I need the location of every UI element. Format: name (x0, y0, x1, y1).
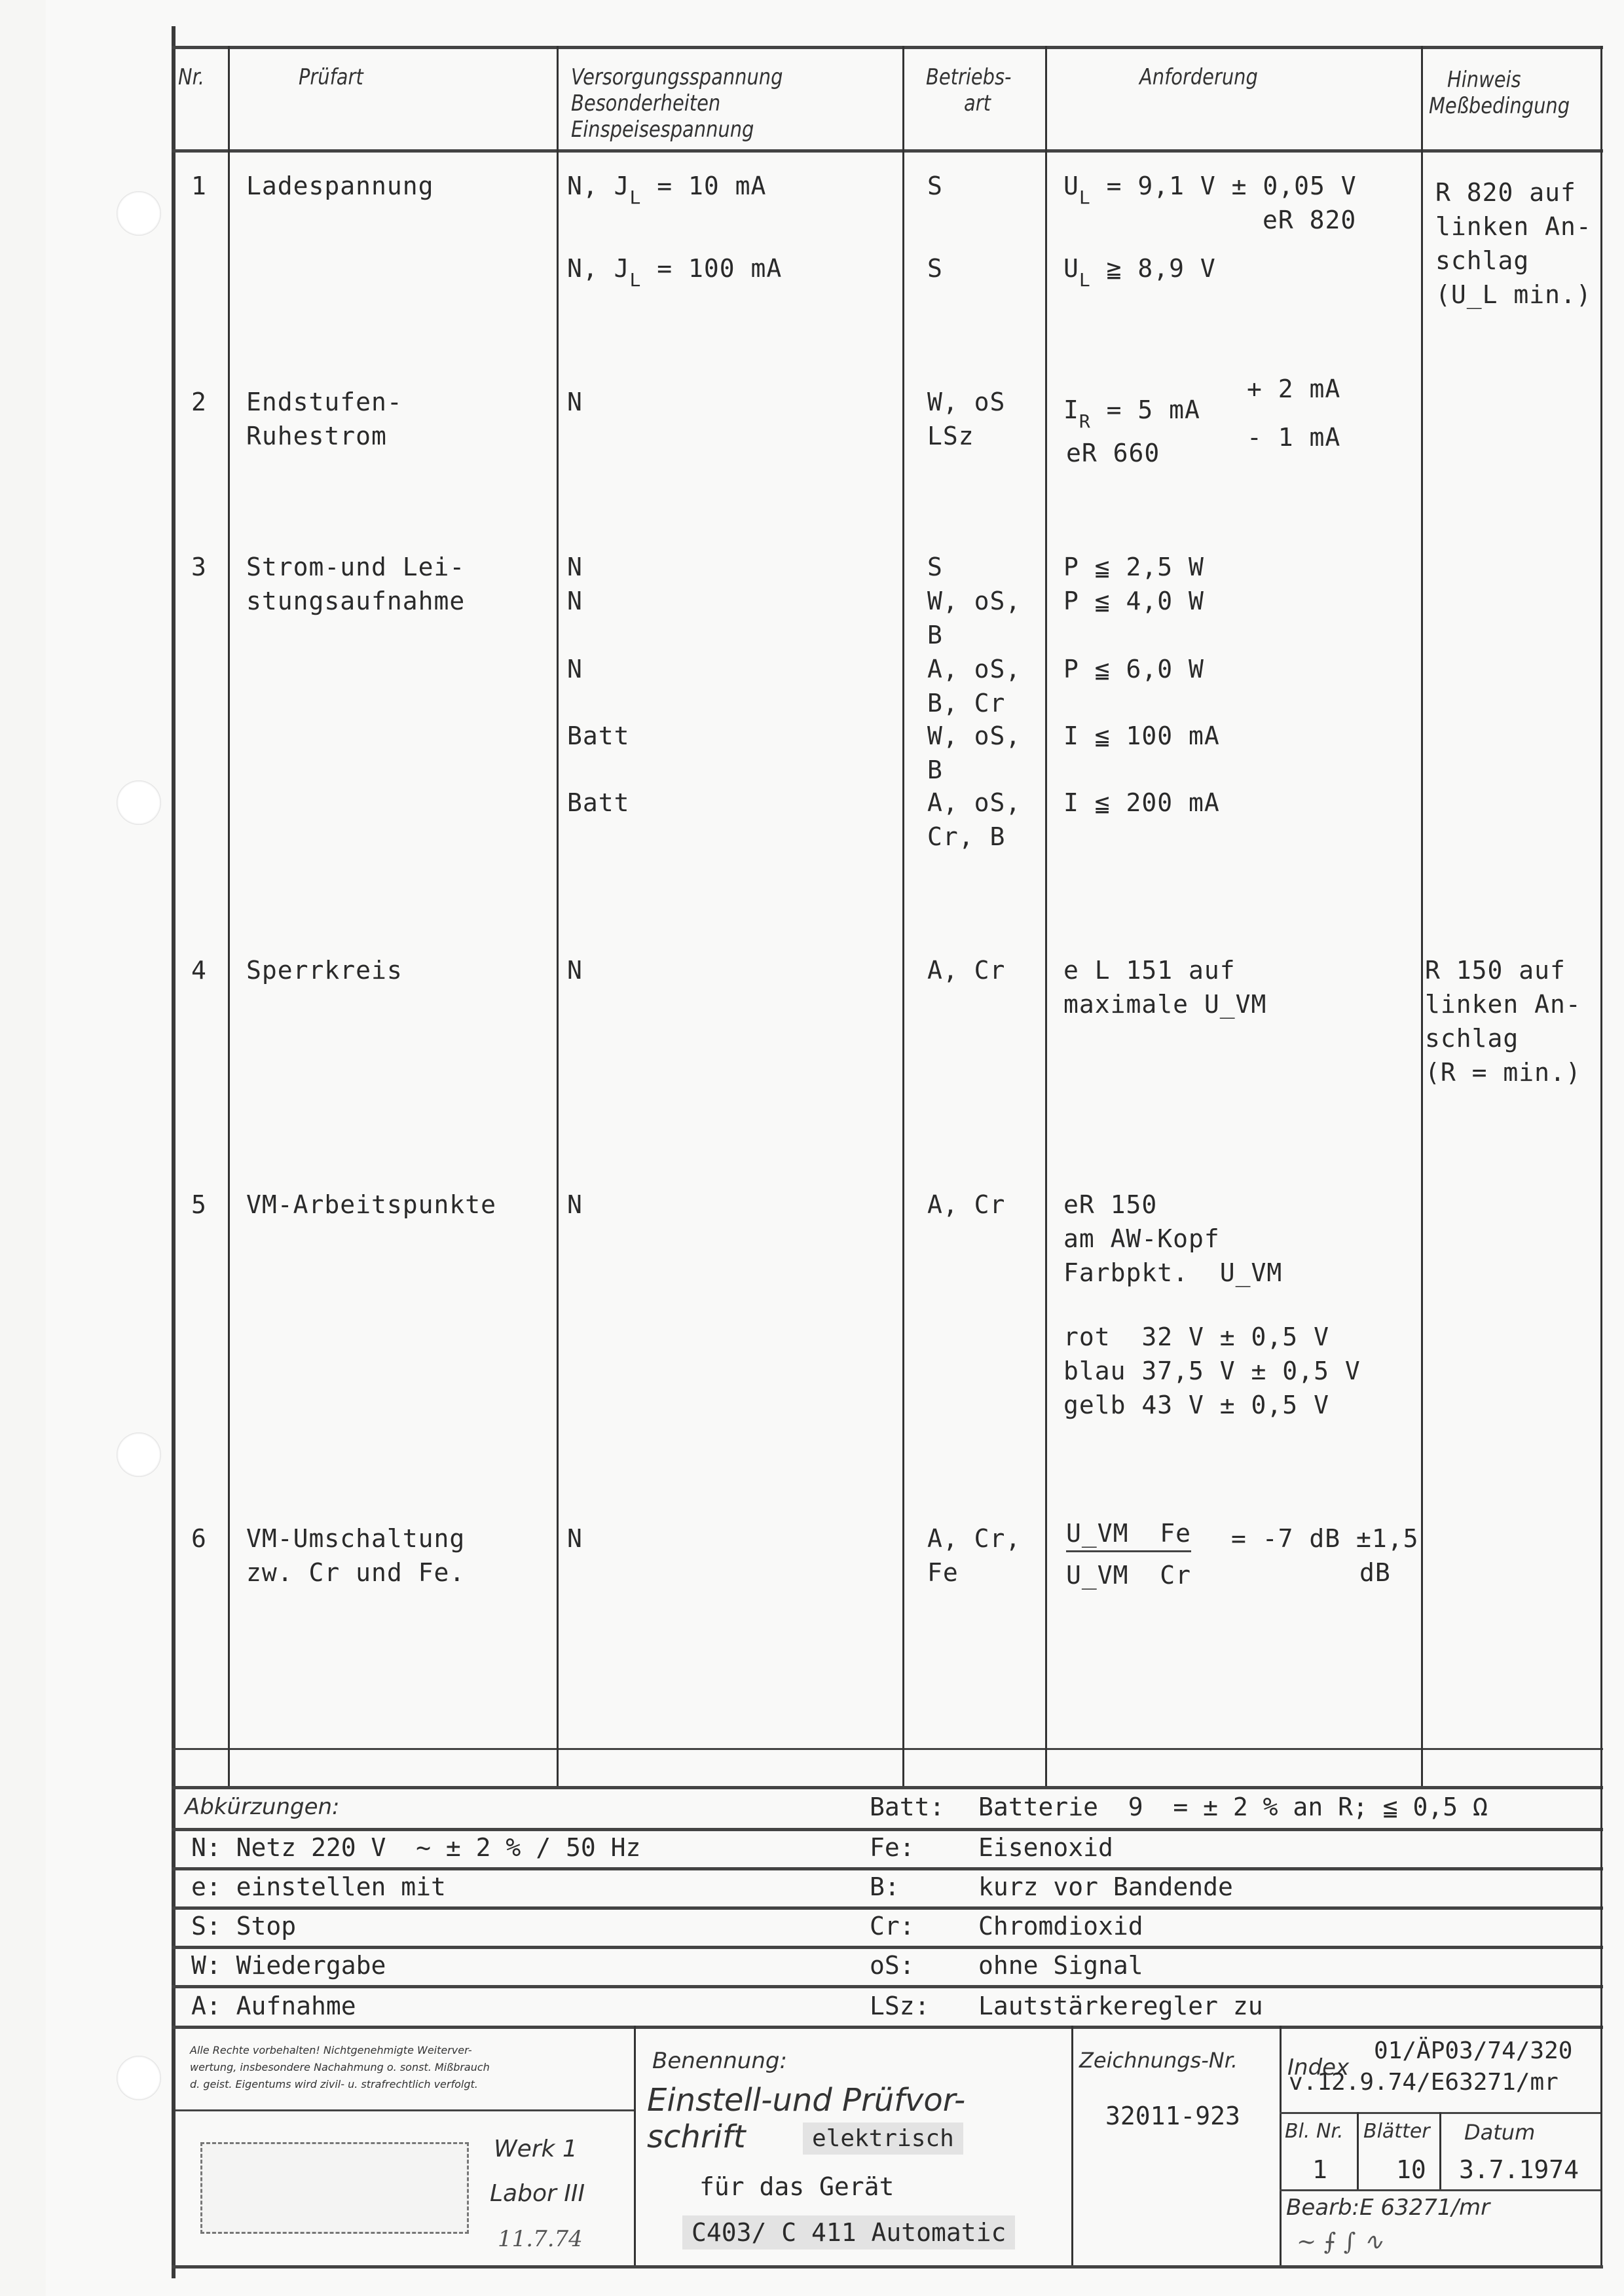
copyright-line-3: d. geist. Eigentums wird zivil- u. straf… (190, 2078, 478, 2090)
row3-anforderung-2: P ≦ 4,0 W (1063, 584, 1204, 618)
divider (172, 1786, 1603, 1789)
row3-versorgung-5: Batt (567, 786, 630, 820)
datum-label: Datum (1464, 2120, 1535, 2145)
row3-anforderung-4: I ≦ 100 mA (1063, 719, 1220, 753)
column-divider (1045, 46, 1047, 1786)
tb-divider (634, 2026, 636, 2265)
stamp-box (200, 2142, 469, 2234)
row4-anforderung-2: maximale U_VM (1063, 987, 1266, 1021)
row1-anforderung-2: UL ≧ 8,9 V (1063, 251, 1216, 297)
row4-versorgung: N (567, 953, 583, 987)
abbr-left-a: A: Aufnahme (191, 1989, 356, 2023)
zeichnungs-label: Zeichnungs-Nr. (1079, 2048, 1238, 2073)
row3-pruefart-2: stungsaufnahme (246, 584, 465, 618)
row6-versorgung: N (567, 1522, 583, 1556)
row2-versorgung: N (567, 385, 583, 419)
divider (172, 2026, 1603, 2029)
row1-anforderung-extra: eR 820 (1263, 203, 1356, 237)
tb-divider (1357, 2112, 1359, 2189)
header-versorgung-3: Einspeisespannung (571, 115, 754, 144)
row6-unit: dB (1359, 1556, 1391, 1590)
row6-betriebsart-1: A, Cr, (927, 1522, 1021, 1556)
row2-pruefart-2: Ruhestrom (246, 419, 387, 453)
row1-versorgung-1: N, JL = 10 mA (567, 169, 766, 215)
row5-anforderung-3: Farbpkt. U_VM (1063, 1256, 1282, 1290)
werk-label: Werk 1 (494, 2136, 578, 2162)
zeichnungs-nr: 32011-923 (1105, 2102, 1240, 2130)
row6-pruefart-2: zw. Cr und Fe. (246, 1556, 465, 1590)
bearb-label: Bearb:E 63271/mr (1286, 2195, 1490, 2221)
signatures: ∼ ⨍ ∫ ∿ (1297, 2229, 1383, 2255)
row5-pruefart: VM-Arbeitspunkte (246, 1188, 496, 1222)
handwritten-date: 11.7.74 (498, 2226, 583, 2252)
row3-betriebsart-2b: B (927, 618, 943, 652)
fuer-das-geraet: für das Gerät (699, 2172, 894, 2201)
blaetter-label: Blätter (1363, 2120, 1430, 2143)
row4-nr: 4 (191, 953, 207, 987)
row1-hinweis-1: R 820 auf (1435, 175, 1576, 210)
abbr-right-os-value: ohne Signal (978, 1948, 1143, 1982)
abbr-right-cr-value: Chromdioxid (978, 1909, 1143, 1943)
row1-betriebsart-2: S (927, 251, 943, 285)
row3-betriebsart-5a: A, oS, (927, 786, 1021, 820)
tb-divider (175, 2109, 634, 2111)
row3-anforderung-5: I ≦ 200 mA (1063, 786, 1220, 820)
title-line-1: Einstell-und Prüfvor- (647, 2082, 965, 2119)
row6-denominator: U_VM Cr (1066, 1558, 1191, 1592)
column-divider (1421, 46, 1423, 1786)
row1-hinweis-4: (U_L min.) (1435, 278, 1592, 312)
row6-pruefart-1: VM-Umschaltung (246, 1522, 465, 1556)
row1-hinweis-2: linken An- (1435, 210, 1592, 244)
column-divider (902, 46, 904, 1786)
row4-anforderung-1: e L 151 auf (1063, 953, 1236, 987)
divider (172, 1748, 1603, 1750)
abbr-right-os-key: oS: (870, 1948, 915, 1982)
row3-anforderung-1: P ≦ 2,5 W (1063, 550, 1204, 584)
datum-value: 3.7.1974 (1459, 2155, 1579, 2184)
benennung-label: Benennung: (652, 2048, 787, 2074)
device-name: C403/ C 411 Automatic (682, 2215, 1015, 2250)
column-divider (228, 46, 230, 1786)
row3-betriebsart-3b: B, Cr (927, 686, 1005, 720)
row5-nr: 5 (191, 1188, 207, 1222)
row3-betriebsart-2a: W, oS, (927, 584, 1021, 618)
row2-tol-minus: - 1 mA (1247, 420, 1340, 454)
header-versorgung-2: Besonderheiten (571, 89, 720, 118)
tb-divider (1071, 2026, 1073, 2265)
divider (172, 149, 1603, 153)
row4-betriebsart: A, Cr (927, 953, 1005, 987)
row1-versorgung-2: N, JL = 100 mA (567, 251, 782, 297)
row1-pruefart: Ladespannung (246, 169, 434, 203)
abbr-right-lsz-value: Lautstärkeregler zu (978, 1989, 1263, 2023)
tb-divider (1439, 2112, 1441, 2189)
row6-nr: 6 (191, 1522, 207, 1556)
header-nr: Nr. (178, 63, 204, 92)
header-pruefart: Prüfart (299, 63, 363, 92)
index-line-2: v.12.9.74/E63271/mr (1289, 2069, 1559, 2096)
row3-pruefart-1: Strom-und Lei- (246, 550, 465, 584)
copyright-line-2: wertung, insbesondere Nachahmung o. sons… (190, 2061, 490, 2073)
bl-nr-value: 1 (1312, 2155, 1327, 2184)
index-line-1: 01/ÄP03/74/320 (1374, 2037, 1572, 2064)
row4-hinweis-4: (R = min.) (1425, 1055, 1581, 1089)
row3-versorgung-3: N (567, 652, 583, 686)
row1-nr: 1 (191, 169, 207, 203)
row6-numerator: U_VM Fe (1066, 1516, 1191, 1552)
row3-anforderung-3: P ≦ 6,0 W (1063, 652, 1204, 686)
divider (172, 1985, 1603, 1988)
labor-label: Labor III (490, 2180, 585, 2207)
divider (172, 46, 1603, 49)
abbr-left-w: W: Wiedergabe (191, 1948, 386, 1982)
row6-value: = -7 dB ±1,5 (1231, 1522, 1419, 1556)
tb-divider (1280, 2026, 1282, 2265)
abbr-right-fe-value: Eisenoxid (978, 1831, 1113, 1865)
row4-hinweis-3: schlag (1425, 1021, 1519, 1055)
header-versorgung-1: Versorgungsspannung (571, 63, 783, 92)
punch-hole (117, 780, 161, 825)
row3-versorgung-4: Batt (567, 719, 630, 753)
abbr-right-b-value: kurz vor Bandende (978, 1870, 1233, 1904)
punch-hole (117, 1432, 161, 1477)
abbr-right-batt-value: Batterie 9 = ± 2 % an R; ≦ 0,5 Ω (978, 1790, 1488, 1824)
blaetter-value: 10 (1396, 2155, 1426, 2184)
row2-tol-plus: + 2 mA (1247, 372, 1340, 406)
row5-anforderung-1: eR 150 (1063, 1188, 1157, 1222)
row1-hinweis-3: schlag (1435, 244, 1529, 278)
row3-betriebsart-1: S (927, 550, 943, 584)
divider (172, 2265, 1603, 2269)
header-anforderung: Anforderung (1139, 63, 1258, 92)
abbreviations-title: Abkürzungen: (185, 1790, 340, 1824)
row5-anforderung-2: am AW-Kopf (1063, 1222, 1220, 1256)
header-betriebsart-1: Betriebs- (926, 63, 1011, 92)
row2-betriebsart-1: W, oS (927, 385, 1005, 419)
copyright-line-1: Alle Rechte vorbehalten! Nichtgenehmigte… (190, 2044, 472, 2056)
title-suffix: elektrisch (803, 2123, 963, 2155)
header-betriebsart-2: art (964, 89, 991, 118)
abbr-left-n: N: Netz 220 V ~ ± 2 % / 50 Hz (191, 1831, 640, 1865)
row5-value-blau: blau 37,5 V ± 0,5 V (1063, 1354, 1361, 1388)
row2-pruefart-1: Endstufen- (246, 385, 403, 419)
row4-pruefart: Sperrkreis (246, 953, 403, 987)
row3-betriebsart-4b: B (927, 753, 943, 787)
row4-hinweis-2: linken An- (1425, 987, 1581, 1021)
row2-anforderung: IR = 5 mA (1063, 393, 1200, 439)
header-hinweis-2: Meßbedingung (1429, 92, 1570, 120)
abbr-right-lsz-key: LSz: (870, 1989, 930, 2023)
row5-value-rot: rot 32 V ± 0,5 V (1063, 1320, 1329, 1354)
title-line-2: schrift (647, 2119, 746, 2155)
row2-nr: 2 (191, 385, 207, 419)
row6-betriebsart-2: Fe (927, 1556, 959, 1590)
row3-betriebsart-4a: W, oS, (927, 719, 1021, 753)
row3-betriebsart-3a: A, oS, (927, 652, 1021, 686)
abbr-left-e: e: einstellen mit (191, 1870, 446, 1904)
row4-hinweis-1: R 150 auf (1425, 953, 1566, 987)
abbr-right-batt-key: Batt: (870, 1790, 944, 1824)
tb-divider (1280, 2189, 1600, 2191)
bl-nr-label: Bl. Nr. (1285, 2120, 1344, 2143)
row5-versorgung: N (567, 1188, 583, 1222)
row3-versorgung-1: N (567, 550, 583, 584)
table-right-edge (1600, 46, 1602, 2265)
punch-hole (117, 191, 161, 236)
column-divider (557, 46, 559, 1786)
row5-value-gelb: gelb 43 V ± 0,5 V (1063, 1388, 1329, 1422)
row2-betriebsart-2: LSz (927, 419, 974, 453)
header-hinweis-1: Hinweis (1447, 65, 1521, 94)
row1-betriebsart-1: S (927, 169, 943, 203)
abbr-right-b-key: B: (870, 1870, 900, 1904)
row3-betriebsart-5b: Cr, B (927, 820, 1005, 854)
row3-versorgung-2: N (567, 584, 583, 618)
row5-betriebsart: A, Cr (927, 1188, 1005, 1222)
row3-nr: 3 (191, 550, 207, 584)
abbr-right-cr-key: Cr: (870, 1909, 915, 1943)
punch-hole (117, 2056, 161, 2100)
abbr-left-s: S: Stop (191, 1909, 296, 1943)
row2-adjust: eR 660 (1066, 436, 1160, 470)
abbr-right-fe-key: Fe: (870, 1831, 915, 1865)
